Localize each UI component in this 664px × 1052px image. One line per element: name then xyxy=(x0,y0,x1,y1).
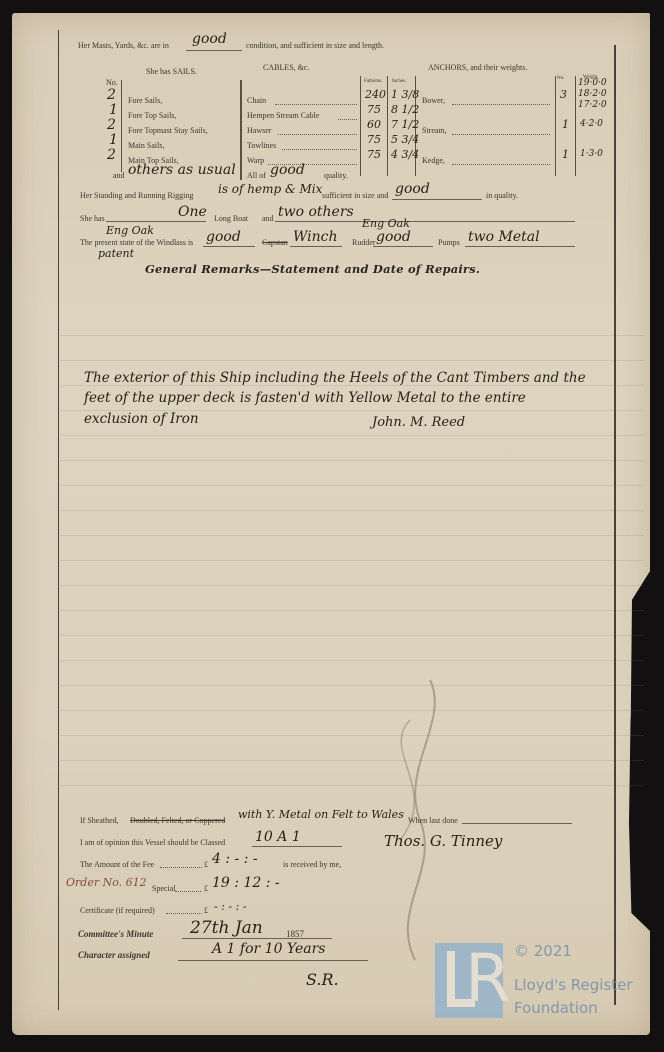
right-margin-rule xyxy=(614,45,616,1005)
inches-header: Inches. xyxy=(392,79,406,84)
rigging-mid-label: sufficient in size and xyxy=(322,191,388,200)
sail-label: Fore Top Sails, xyxy=(128,111,176,120)
capstan-label: Capstan xyxy=(262,238,288,247)
ledger-line xyxy=(60,685,644,686)
underline xyxy=(252,846,342,847)
cable-inches: 4 3/4 xyxy=(391,148,419,161)
ledger-line xyxy=(60,760,644,761)
anchor-weight: 1·3·0 xyxy=(580,149,603,159)
table-divider xyxy=(121,80,122,172)
underline xyxy=(182,938,332,939)
underline xyxy=(290,246,342,247)
leader-dots xyxy=(275,104,357,105)
leader-dots xyxy=(338,119,357,120)
leader-dots xyxy=(452,134,550,135)
special-label: Special xyxy=(152,884,176,893)
certificate-label: Certificate (if required) xyxy=(80,906,155,915)
ledger-line xyxy=(60,510,644,511)
windlass-label: The present state of the Windlass is xyxy=(80,238,193,247)
ledger-line xyxy=(60,610,644,611)
underline xyxy=(462,823,572,824)
cable-fathoms: 75 xyxy=(367,148,381,161)
table-divider xyxy=(360,76,361,176)
sails-no-header: No. xyxy=(106,78,118,87)
sheathed-label: If Sheathed, xyxy=(80,816,119,825)
long-boat-count: One xyxy=(178,204,207,220)
leader-dots xyxy=(160,867,202,868)
cables-quality-suffix: quality. xyxy=(324,171,348,180)
underline xyxy=(373,246,433,247)
fee-received-label: is received by me, xyxy=(283,860,341,869)
sail-label: Fore Topmast Stay Sails, xyxy=(128,126,208,135)
sail-count: 1 xyxy=(109,102,118,118)
sail-count: 2 xyxy=(107,117,116,133)
anchor-weight: 18·2·0 xyxy=(578,89,607,99)
remarks-line: feet of the upper deck is fasten'd with … xyxy=(84,390,526,406)
cable-label: Hawser xyxy=(247,126,271,135)
cable-inches: 1 3/8 xyxy=(391,88,419,101)
committee-initials: S.R. xyxy=(306,970,339,989)
sheathing-value: with Y. Metal on Felt to Wales xyxy=(238,808,404,821)
classed-label: I am of opinion this Vessel should be Cl… xyxy=(80,838,225,847)
sails-and-label: and xyxy=(113,171,125,180)
leader-dots xyxy=(452,104,550,105)
underline xyxy=(275,221,575,222)
ledger-line xyxy=(60,785,644,786)
cable-label: Warp xyxy=(247,156,264,165)
cables-all-of-label: All of xyxy=(247,171,266,180)
character-assigned-label: Character assigned xyxy=(78,950,150,960)
rigging-quality-value: good xyxy=(395,181,430,197)
leader-dots xyxy=(452,164,550,165)
ledger-line xyxy=(60,735,644,736)
underline xyxy=(186,50,242,51)
cable-label: Hempen Stream Cable xyxy=(247,111,319,120)
other-boats-value: two others xyxy=(278,204,354,220)
classed-value: 10 A 1 xyxy=(255,829,301,845)
watermark-line2: Foundation xyxy=(514,999,598,1017)
leader-dots xyxy=(166,913,202,914)
anchor-count: 3 xyxy=(560,88,567,101)
anchor-label: Stream, xyxy=(422,126,447,135)
cable-label: Chain xyxy=(247,96,266,105)
anchor-weight: 4·2·0 xyxy=(580,119,603,129)
sail-count: 2 xyxy=(107,87,116,103)
ledger-line xyxy=(60,460,644,461)
ledger-line xyxy=(60,560,644,561)
underline xyxy=(178,960,368,961)
cable-fathoms: 75 xyxy=(367,133,381,146)
boats-and-label: and xyxy=(262,214,274,223)
fee-label: The Amount of the Fee xyxy=(80,860,154,869)
sails-heading: She has SAILS. xyxy=(146,67,197,76)
certificate-currency: £ xyxy=(204,906,208,915)
leader-dots xyxy=(175,891,201,892)
masts-label: Her Masts, Yards, &c. are in xyxy=(78,41,169,50)
rudder-value: good xyxy=(376,229,411,245)
cable-inches: 8 1/2 xyxy=(391,103,419,116)
windlass-patent-note: patent xyxy=(98,247,134,260)
lr-logo: R xyxy=(435,943,503,1018)
certificate-value: - : - : - xyxy=(214,900,247,913)
sail-label: Fore Sails, xyxy=(128,96,162,105)
sheathing-struck-options: Doubled, Felted, or Coppered xyxy=(130,816,225,825)
anchor-weight: 19·0·0 xyxy=(578,78,607,88)
underline xyxy=(203,246,255,247)
committee-minute-label: Committee's Minute xyxy=(78,929,153,939)
surveyor-signature: Thos. G. Tinney xyxy=(384,832,502,850)
pumps-label: Pumps xyxy=(438,238,460,247)
cables-heading: CABLES, &c. xyxy=(263,63,309,72)
long-boat-label: Long Boat xyxy=(214,214,248,223)
watermark-copyright: © 2021 xyxy=(514,942,572,960)
ledger-line xyxy=(60,485,644,486)
special-value: 19 : 12 : - xyxy=(212,875,280,891)
left-margin-rule xyxy=(58,30,59,1010)
table-divider xyxy=(387,76,388,176)
ledger-line xyxy=(60,335,644,336)
cables-quality-value: good xyxy=(270,162,305,178)
windlass-value: good xyxy=(206,229,241,245)
anchor-weight: 17·2·0 xyxy=(578,100,607,110)
masts-suffix: condition, and sufficient in size and le… xyxy=(246,41,384,50)
ledger-line xyxy=(60,710,644,711)
pencil-scrawl xyxy=(360,660,480,990)
general-remarks-heading: General Remarks—Statement and Date of Re… xyxy=(145,262,480,276)
table-divider xyxy=(555,76,556,176)
leader-dots xyxy=(282,149,357,150)
anchor-label: Bower, xyxy=(422,96,445,105)
rigging-label: Her Standing and Running Rigging xyxy=(80,191,193,200)
fee-currency: £ xyxy=(204,860,208,869)
anchor-no-header: No. xyxy=(557,76,564,81)
sail-count: 2 xyxy=(107,147,116,163)
cable-inches: 5 3/4 xyxy=(391,133,419,146)
remarks-signature: John. M. Reed xyxy=(372,415,465,430)
order-number-note: Order No. 612 xyxy=(66,876,147,889)
underline xyxy=(392,199,482,200)
table-divider xyxy=(240,80,242,180)
underline xyxy=(465,246,575,247)
ledger-line xyxy=(60,360,644,361)
sail-count: 1 xyxy=(109,132,118,148)
fathoms-header: Fathoms. xyxy=(364,79,382,84)
watermark-line1: Lloyd's Register xyxy=(514,976,633,994)
anchors-heading: ANCHORS, and their weights. xyxy=(428,63,527,72)
anchor-count: 1 xyxy=(562,148,569,161)
cable-inches: 7 1/2 xyxy=(391,118,419,131)
cable-fathoms: 240 xyxy=(365,88,386,101)
committee-minute-value: 27th Jan xyxy=(190,918,263,938)
capstan-value: Winch xyxy=(293,229,338,245)
cable-label: Towlines xyxy=(247,141,276,150)
masts-condition-value: good xyxy=(192,31,227,47)
sails-others-value: others as usual xyxy=(128,162,236,178)
torn-edge xyxy=(620,571,650,931)
ledger-line xyxy=(60,635,644,636)
character-assigned-value: A 1 for 10 Years xyxy=(212,941,325,957)
cable-fathoms: 75 xyxy=(367,103,381,116)
rigging-suffix: in quality. xyxy=(486,191,518,200)
anchor-count: 1 xyxy=(562,118,569,131)
cable-fathoms: 60 xyxy=(367,118,381,131)
ledger-line xyxy=(60,535,644,536)
remarks-line: exclusion of Iron xyxy=(84,411,199,427)
remarks-line: The exterior of this Ship including the … xyxy=(84,370,586,386)
rigging-material-value: is of hemp & Mix xyxy=(218,182,322,196)
ledger-line xyxy=(60,585,644,586)
sail-label: Main Sails, xyxy=(128,141,164,150)
lr-logo-r: R xyxy=(465,951,493,1007)
special-currency: £ xyxy=(204,884,208,893)
ledger-line xyxy=(60,435,644,436)
underline xyxy=(106,221,206,222)
windlass-material-note: Eng Oak xyxy=(106,224,154,237)
ledger-line xyxy=(60,660,644,661)
fee-value: 4 : - : - xyxy=(212,851,258,867)
when-last-done-label: When last done xyxy=(408,816,458,825)
table-divider xyxy=(575,76,576,176)
pumps-value: two Metal xyxy=(468,229,540,245)
boats-label: She has xyxy=(80,214,105,223)
anchor-label: Kedge, xyxy=(422,156,445,165)
leader-dots xyxy=(278,134,357,135)
